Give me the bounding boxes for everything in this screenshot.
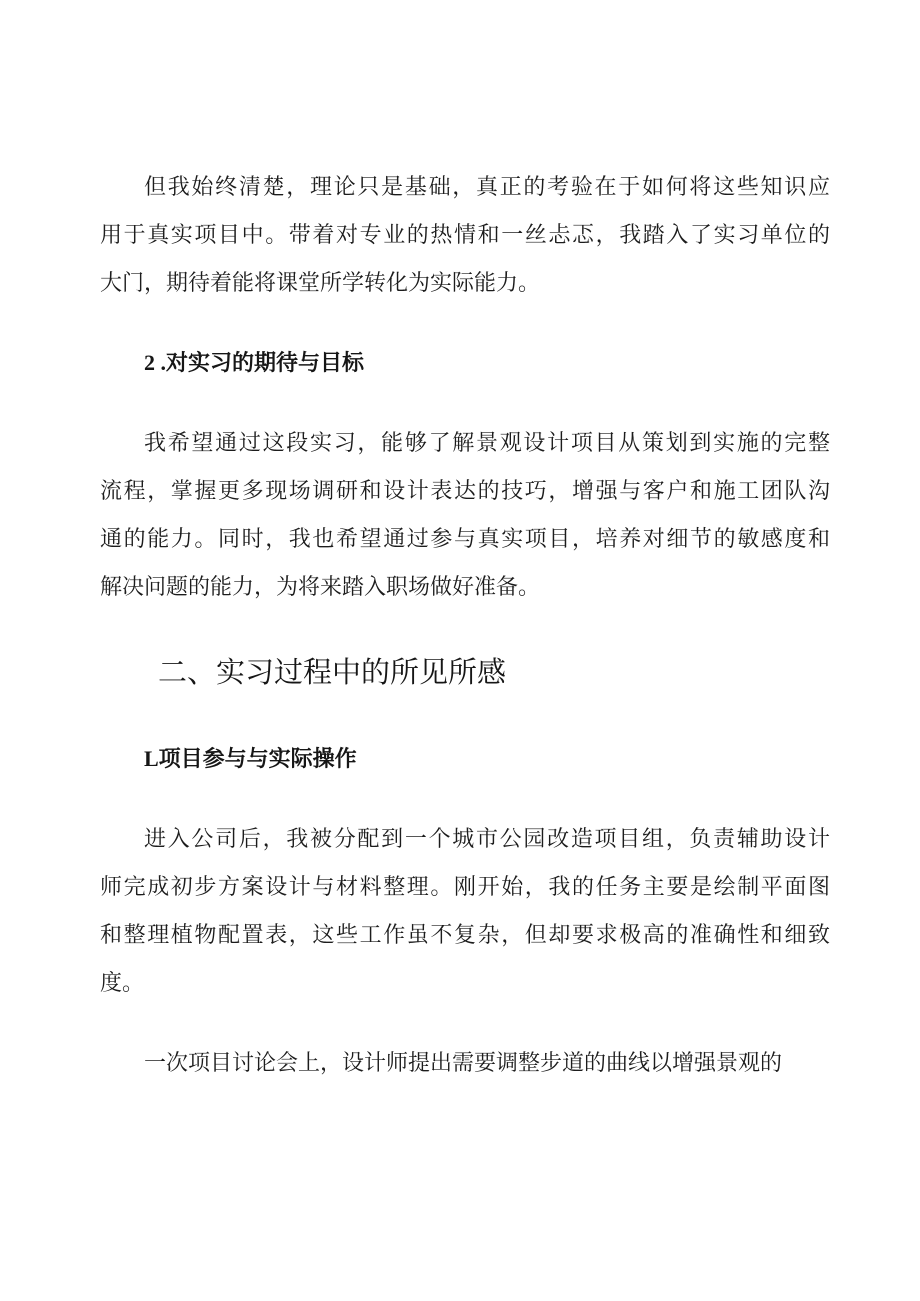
- document-page: 但我始终清楚，理论只是基础，真正的考验在于如何将这些知识应 用于真实项目中。带着…: [0, 0, 920, 1301]
- chapter-heading-section-two: 二、实习过程中的所见所感: [100, 643, 830, 703]
- text-line: 流程，掌握更多现场调研和设计表达的技巧，增强与客户和施工团队沟: [100, 467, 830, 515]
- text-line: 但我始终清楚，理论只是基础，真正的考验在于如何将这些知识应: [100, 163, 830, 211]
- heading-expectations-goals: 2 .对实习的期待与目标: [100, 339, 830, 387]
- paragraph-meeting: 一次项目讨论会上，设计师提出需要调整步道的曲线以增强景观的: [100, 1039, 830, 1087]
- text-line: 通的能力。同时，我也希望通过参与真实项目，培养对细节的敏感度和: [100, 515, 830, 563]
- text-line: 师完成初步方案设计与材料整理。刚开始，我的任务主要是绘制平面图: [100, 863, 830, 911]
- document-text-column: 但我始终清楚，理论只是基础，真正的考验在于如何将这些知识应 用于真实项目中。带着…: [100, 163, 830, 1087]
- text-line: 我希望通过这段实习，能够了解景观设计项目从策划到实施的完整: [100, 419, 830, 467]
- text-line: 一次项目讨论会上，设计师提出需要调整步道的曲线以增强景观的: [100, 1039, 830, 1087]
- text-line: 和整理植物配置表，这些工作虽不复杂，但却要求极高的准确性和细致: [100, 911, 830, 959]
- text-line: 进入公司后，我被分配到一个城市公园改造项目组，负责辅助设计: [100, 815, 830, 863]
- paragraph-expectations: 我希望通过这段实习，能够了解景观设计项目从策划到实施的完整 流程，掌握更多现场调…: [100, 419, 830, 611]
- paragraph-project: 进入公司后，我被分配到一个城市公园改造项目组，负责辅助设计 师完成初步方案设计与…: [100, 815, 830, 1007]
- text-line: 解决问题的能力，为将来踏入职场做好准备。: [100, 563, 830, 611]
- paragraph-intro: 但我始终清楚，理论只是基础，真正的考验在于如何将这些知识应 用于真实项目中。带着…: [100, 163, 830, 307]
- text-line: 用于真实项目中。带着对专业的热情和一丝忐忑，我踏入了实习单位的: [100, 211, 830, 259]
- text-line: 大门，期待着能将课堂所学转化为实际能力。: [100, 259, 830, 307]
- text-line: 度。: [100, 959, 830, 1007]
- heading-project-participation: L项目参与与实际操作: [100, 735, 830, 783]
